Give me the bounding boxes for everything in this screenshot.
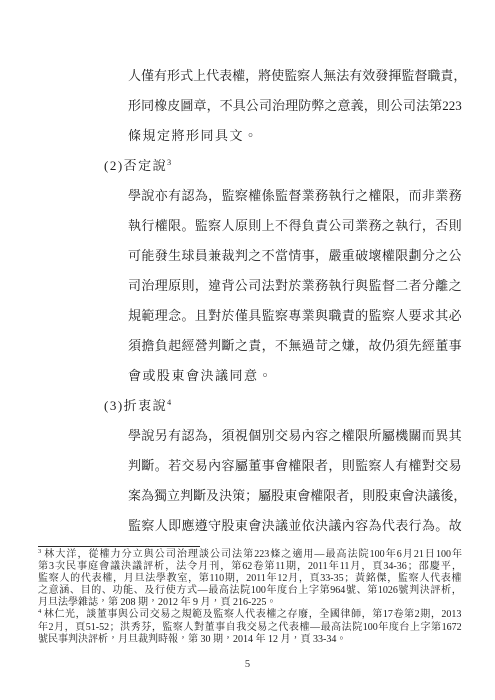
text-line: 形同橡皮圖章，不具公司治理防弊之意義，則公司法第223 <box>128 91 462 121</box>
text-line: 監察人即應遵守股東會決議並依決議內容為代表行為。故 <box>128 511 462 541</box>
footnote-number-marker: 4 <box>38 606 41 618</box>
footnote-number-marker: 3 <box>38 546 41 558</box>
text-line: 司治理原則，違背公司法對於業務執行與監督二者分離之 <box>128 271 462 301</box>
footnotes-block: 3林大洋，從權力分立與公司治理談公司法第223條之適用—最高法院100年6月21… <box>38 549 462 646</box>
footnote-line: 監察人的代表權，月旦法學教室，第110期，2011年12月，頁33-35；黃銘傑… <box>38 573 462 585</box>
footnote-reference-marker: 4 <box>167 398 171 407</box>
text-line: 人僅有形式上代表權，將使監察人無法有效發揮監督職責， <box>128 61 462 91</box>
footnote-line: 號民事判決評析，月旦裁判時報，第 30 期，2014 年 12 月，頁 33-3… <box>38 634 462 646</box>
text-line: 案為獨立判斷及決策；屬股東會權限者，則股東會決議後， <box>128 481 462 511</box>
text-line: (2)否定說3 <box>104 151 462 181</box>
footnote-line: 年2月，頁51-52；洪秀芬，監察人對董事自我交易之代表權—最高法院100年度台… <box>38 622 462 634</box>
text-line: 可能發生球員兼裁判之不當情事，嚴重破壞權限劃分之公 <box>128 241 462 271</box>
footnote-line: 之意涵、目的、功能、及行使方式—最高法院100年度台上字第964號、第1026號… <box>38 585 462 597</box>
footnote-separator <box>38 546 200 547</box>
text-line: 須擔負起經營判斷之責，不無過苛之嫌，故仍須先經董事 <box>128 331 462 361</box>
text-line: 會或股東會決議同意。 <box>128 361 462 391</box>
text-line: 學說亦有認為，監察權係監督業務執行之權限，而非業務 <box>128 181 462 211</box>
text-line: 執行權限。監察人原則上不得負責公司業務之執行，否則 <box>128 211 462 241</box>
footnote-line: 月旦法學雜誌，第 208 期，2012 年 9 月，頁 216-225。 <box>38 597 462 609</box>
footnote-line: 4林仁光，談董事與公司交易之規範及監察人代表權之存廢，全國律師，第17卷第2期，… <box>38 609 462 621</box>
footnote-line: 3林大洋，從權力分立與公司治理談公司法第223條之適用—最高法院100年6月21… <box>38 549 462 561</box>
body-text-block: 人僅有形式上代表權，將使監察人無法有效發揮監督職責，形同橡皮圖章，不具公司治理防… <box>104 61 462 541</box>
page-number: 5 <box>0 659 495 670</box>
text-line: 規範理念。且對於僅具監察專業與職責的監察人要求其必 <box>128 301 462 331</box>
text-line: (3)折衷說4 <box>104 391 462 421</box>
footnote-reference-marker: 3 <box>167 158 171 167</box>
text-line: 條規定將形同具文。 <box>128 121 462 151</box>
document-page: 人僅有形式上代表權，將使監察人無法有效發揮監督職責，形同橡皮圖章，不具公司治理防… <box>0 0 495 700</box>
text-line: 判斷。若交易內容屬董事會權限者，則監察人有權對交易 <box>128 451 462 481</box>
footnote-line: 第3次民事庭會議決議評析，法令月刊，第62卷第11期，2011年11月，頁34-… <box>38 561 462 573</box>
text-line: 學說另有認為，須視個別交易內容之權限所屬機關而異其 <box>128 421 462 451</box>
